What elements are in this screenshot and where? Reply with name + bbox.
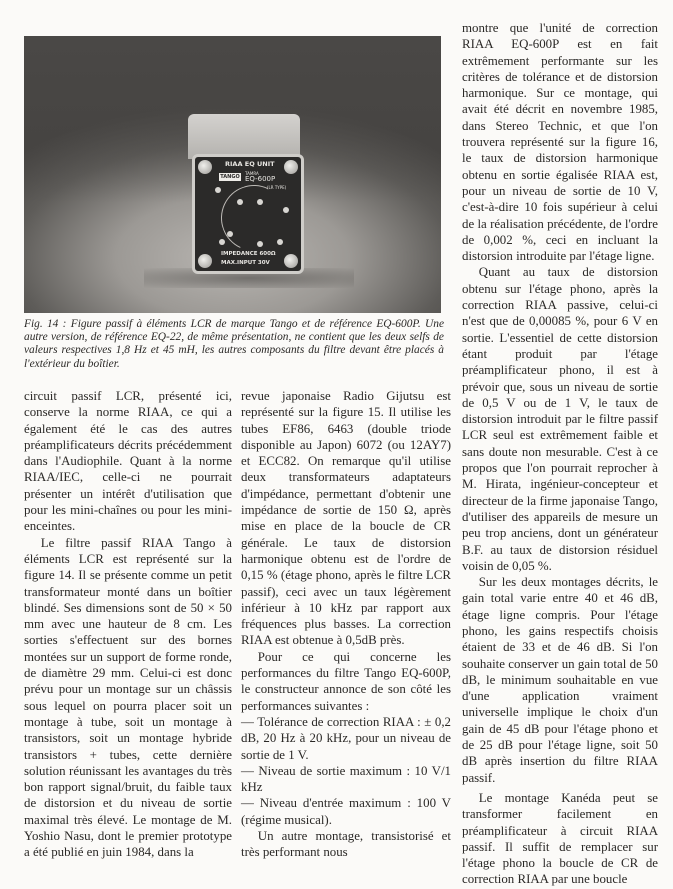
paragraph: Quant au taux de distorsion obtenu sur l… xyxy=(462,264,658,574)
figure-caption: Fig. 14 : Figure passif à éléments LCR d… xyxy=(24,318,444,371)
screw-icon xyxy=(198,160,212,174)
spec-item: — Niveau de sortie maximum : 10 V/1 kHz xyxy=(241,763,451,796)
terminal xyxy=(277,239,283,245)
terminal xyxy=(219,239,225,245)
terminal xyxy=(283,207,289,213)
text-column-right: montre que l'unité de correction RIAA EQ… xyxy=(462,20,658,888)
paragraph: Le filtre passif RIAA Tango à éléments L… xyxy=(24,535,232,861)
paragraph: circuit passif LCR, présenté ici, conser… xyxy=(24,388,232,535)
screw-icon xyxy=(198,254,212,268)
paragraph: montre que l'unité de correction RIAA EQ… xyxy=(462,20,658,264)
paragraph: Sur les deux montages décrits, le gain t… xyxy=(462,574,658,786)
screw-icon xyxy=(284,160,298,174)
screw-icon xyxy=(284,254,298,268)
terminal xyxy=(227,231,233,237)
model-label: EQ-600P xyxy=(245,175,275,183)
terminal xyxy=(215,187,221,193)
terminal xyxy=(257,241,263,247)
paragraph: Le montage Kanéda peut se transformer fa… xyxy=(462,790,658,888)
paragraph: revue japonaise Radio Gijutsu est représ… xyxy=(241,388,451,649)
terminal xyxy=(237,199,243,205)
device-title-label: RIAA EQ UNIT xyxy=(225,160,275,168)
spec-item: — Tolérance de correction RIAA : ± 0,2 d… xyxy=(241,714,451,763)
text-column-middle: revue japonaise Radio Gijutsu est représ… xyxy=(241,388,451,861)
figure-14-photo: RIAA EQ UNIT TANGO TAMRA EQ-600P (LR TYP… xyxy=(24,36,441,313)
device-front-panel: RIAA EQ UNIT TANGO TAMRA EQ-600P (LR TYP… xyxy=(192,154,304,274)
max-input-label: MAX.INPUT 30V xyxy=(221,260,270,266)
impedance-label: IMPEDANCE 600Ω xyxy=(221,251,276,257)
text-column-left: circuit passif LCR, présenté ici, conser… xyxy=(24,388,232,861)
paragraph: Pour ce qui concerne les performances du… xyxy=(241,649,451,714)
terminal xyxy=(257,199,263,205)
brand-label: TANGO xyxy=(219,173,241,181)
device-casing xyxy=(188,114,300,159)
paragraph: Un autre montage, transistorisé et très … xyxy=(241,828,451,861)
spec-item: — Niveau d'entrée maximum : 100 V (régim… xyxy=(241,795,451,828)
